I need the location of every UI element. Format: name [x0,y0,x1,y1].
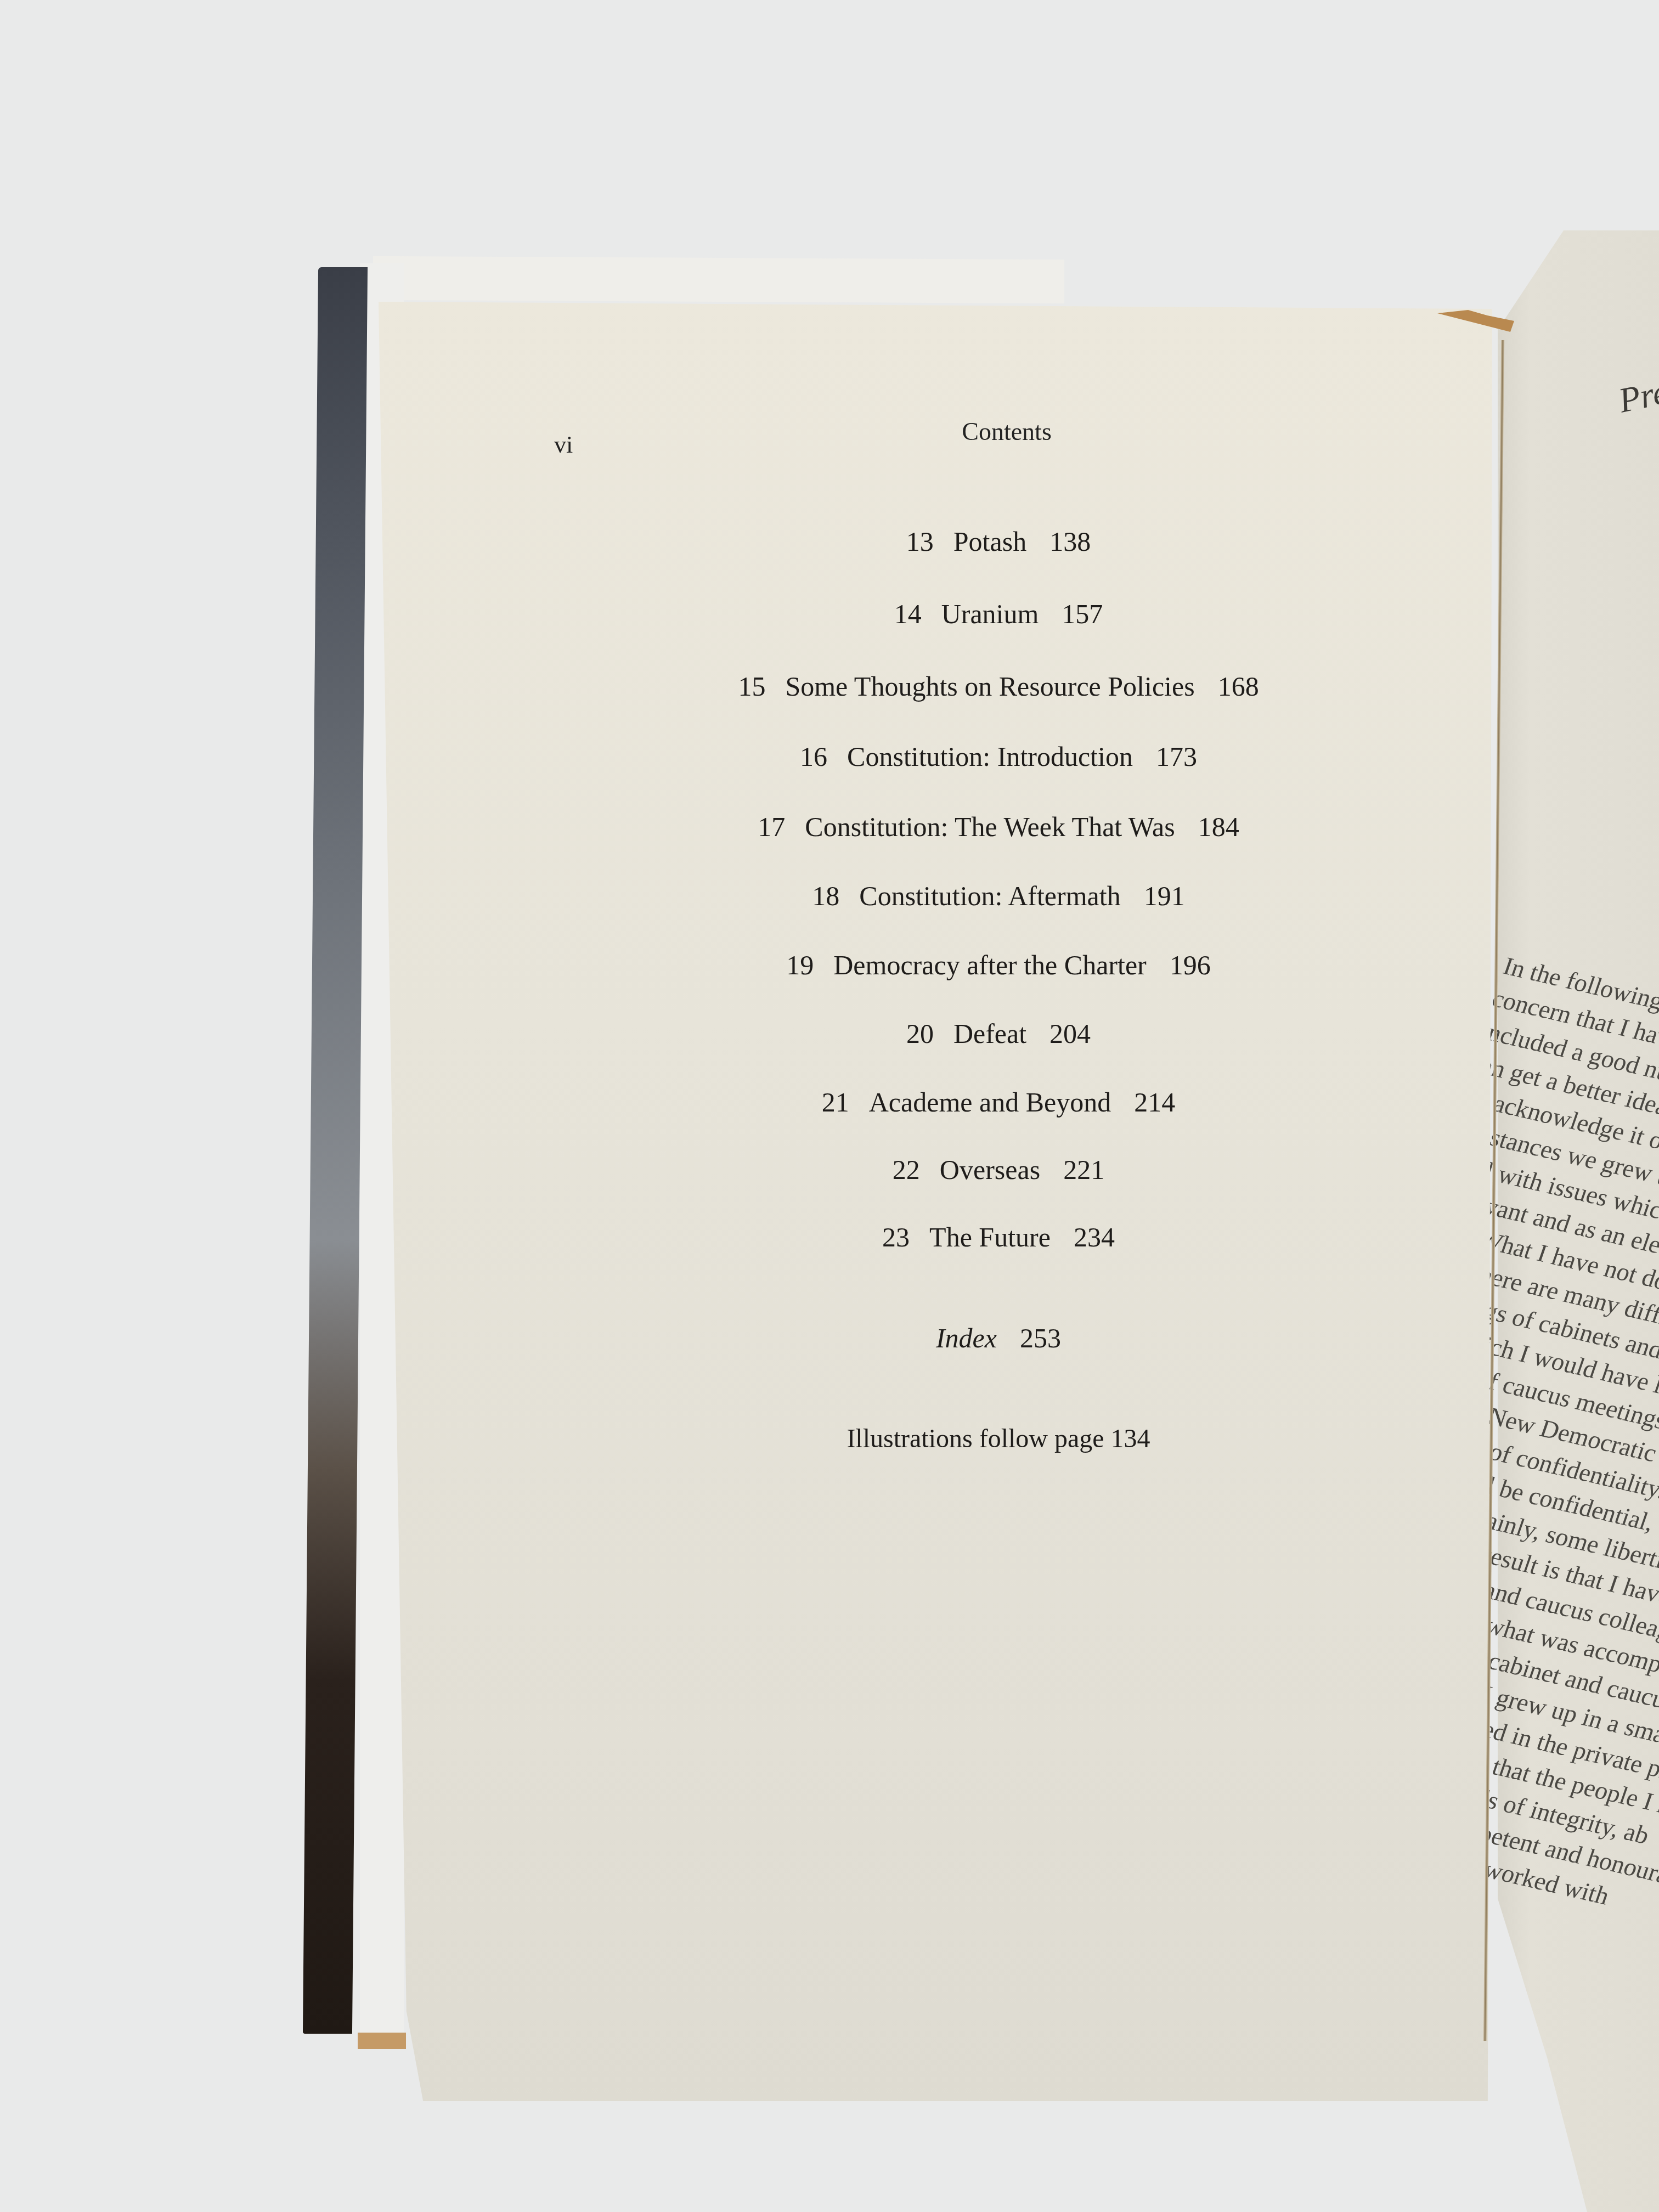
book-board-corner [358,2033,406,2049]
chapter-title: Academe and Beyond [869,1086,1111,1118]
toc-entry: 13Potash138 [603,526,1393,557]
chapter-title: Defeat [953,1018,1026,1049]
chapter-number: 22 [893,1154,920,1186]
chapter-title: Some Thoughts on Resource Policies [785,670,1194,702]
chapter-page: 184 [1198,811,1239,843]
toc-entry: 16Constitution: Introduction173 [603,741,1393,772]
toc-entry: 20Defeat204 [603,1018,1393,1049]
chapter-title: Democracy after the Charter [833,949,1147,981]
toc-entry: 15Some Thoughts on Resource Policies168 [603,670,1393,702]
chapter-number: 19 [786,949,814,981]
chapter-title: Potash [953,526,1026,557]
toc-entry: 22Overseas221 [603,1154,1393,1186]
chapter-title: Constitution: Introduction [847,741,1133,772]
chapter-page: 221 [1063,1154,1104,1186]
left-page [379,302,1492,2101]
chapter-page: 157 [1062,598,1103,630]
chapter-number: 15 [738,670,765,702]
chapter-title: Constitution: Aftermath [859,880,1120,912]
chapter-page: 234 [1074,1221,1115,1253]
chapter-title: Overseas [940,1154,1040,1186]
chapter-number: 20 [906,1018,934,1049]
toc-index-entry: Index253 [603,1322,1393,1354]
chapter-page: 173 [1156,741,1197,772]
chapter-number: 17 [758,811,785,843]
chapter-number: 23 [882,1221,910,1253]
chapter-page: 191 [1144,880,1185,912]
toc-entry: 21Academe and Beyond214 [603,1086,1393,1118]
running-head: Contents [957,417,1056,446]
chapter-title: The Future [929,1221,1051,1253]
chapter-number: 18 [812,880,839,912]
index-page: 253 [1020,1322,1061,1354]
dust-jacket-top-edge [373,256,1064,304]
toc-entry: 18Constitution: Aftermath191 [603,880,1393,912]
toc-entry: 14Uranium157 [603,598,1393,630]
illustrations-note: Illustrations follow page 134 [603,1424,1393,1454]
chapter-number: 16 [800,741,827,772]
chapter-number: 14 [894,598,922,630]
index-title: Index [936,1322,997,1354]
toc-entry: 17Constitution: The Week That Was184 [603,811,1393,843]
chapter-number: 21 [822,1086,849,1118]
chapter-title: Uranium [941,598,1039,630]
chapter-page: 196 [1170,949,1211,981]
chapter-page: 204 [1049,1018,1091,1049]
chapter-page: 214 [1134,1086,1175,1118]
page-number: vi [554,431,573,459]
chapter-page: 138 [1049,526,1091,557]
book-cover-edge [303,267,368,2034]
chapter-number: 13 [906,526,934,557]
chapter-title: Constitution: The Week That Was [805,811,1175,843]
toc-entry: 19Democracy after the Charter196 [603,949,1393,981]
toc-entry: 23The Future234 [603,1221,1393,1253]
chapter-page: 168 [1218,670,1259,702]
